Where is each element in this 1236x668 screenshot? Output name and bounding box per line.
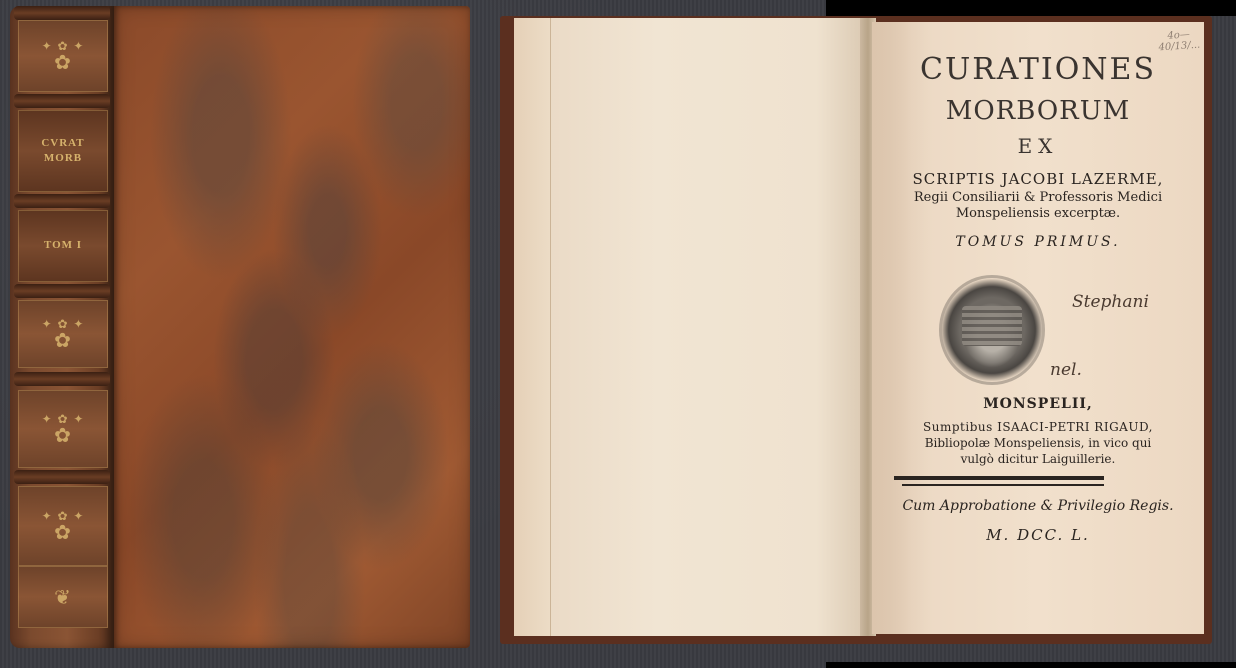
spine-raised-band — [14, 6, 110, 20]
flower-ornament-icon: ✿ — [54, 522, 72, 542]
pencil-note: 4o— 40/13/... — [1153, 28, 1204, 53]
imprint-line-2: Bibliopolæ Monspeliensis, in vico qui — [872, 436, 1204, 450]
spine-panel-ornament: ✦ ✿ ✦ ✿ — [18, 390, 108, 468]
royal-privilege: Cum Approbatione & Privilegio Regis. — [872, 498, 1204, 514]
author-subtitle-1: Regii Consiliarii & Professoris Medici — [872, 190, 1204, 205]
ownership-inscription: Stephani — [1072, 292, 1149, 312]
vignette-landscape — [962, 306, 1022, 346]
spine-title-line: MORB — [44, 151, 82, 166]
marbled-leather-cover — [114, 6, 470, 648]
flower-ornament-icon: ✿ — [54, 425, 72, 445]
title-page: 4o— 40/13/... CURATIONES MORBORUM EX SCR… — [872, 22, 1204, 634]
double-rule-thick — [894, 476, 1104, 480]
spine-panel-ornament: ✦ ✿ ✦ ✿ — [18, 20, 108, 92]
spine-raised-band — [14, 372, 110, 386]
ownership-inscription: nel. — [1050, 360, 1082, 380]
flower-ornament-icon: ✿ — [54, 330, 72, 350]
publication-date: M. DCC. L. — [872, 526, 1204, 544]
flyleaf-fold — [514, 18, 551, 636]
open-book: 4o— 40/13/... CURATIONES MORBORUM EX SCR… — [500, 16, 1212, 644]
spine-title-label: CVRAT MORB — [18, 110, 108, 192]
author-subtitle-2: Monspeliensis excerptæ. — [872, 206, 1204, 221]
flower-ornament-icon: ✿ — [54, 52, 72, 72]
printer-vignette-engraving — [942, 278, 1042, 382]
spine-volume-text: TOM I — [44, 238, 82, 253]
title-line-1: CURATIONES — [872, 52, 1204, 87]
spine-panel-ornament: ✦ ✿ ✦ ✿ — [18, 300, 108, 368]
photo-edge-top — [826, 0, 1236, 16]
blank-flyleaf — [514, 18, 870, 636]
imprint-line-1: Sumptibus ISAACI-PETRI RIGAUD, — [872, 420, 1204, 434]
title-line-2: MORBORUM — [872, 96, 1204, 126]
author-line: SCRIPTIS JACOBI LAZERME, — [872, 170, 1204, 188]
spine-title-line: CVRAT — [41, 136, 84, 151]
spine-raised-band — [14, 470, 110, 484]
double-rule-thin — [902, 484, 1104, 486]
spine-volume-label: TOM I — [18, 210, 108, 282]
spine-tail-panel: ❦ — [18, 566, 108, 628]
scroll-ornament-icon: ❦ — [54, 587, 72, 607]
imprint-line-3: vulgò dicitur Laiguillerie. — [872, 452, 1204, 466]
spine-raised-band — [14, 94, 110, 108]
closed-book: ✦ ✿ ✦ ✿ CVRAT MORB TOM I ✦ ✿ ✦ ✿ ✦ ✿ ✦ ✿… — [10, 6, 470, 648]
spine-raised-band — [14, 284, 110, 298]
place-of-publication: MONSPELII, — [872, 396, 1204, 412]
photo-edge-bottom — [826, 662, 1236, 668]
volume-label: TOMUS PRIMUS. — [872, 234, 1204, 250]
spine-raised-band — [14, 194, 110, 208]
book-spine: ✦ ✿ ✦ ✿ CVRAT MORB TOM I ✦ ✿ ✦ ✿ ✦ ✿ ✦ ✿… — [10, 6, 114, 648]
title-line-3: EX — [872, 134, 1204, 158]
spine-panel-ornament: ✦ ✿ ✦ ✿ — [18, 486, 108, 566]
